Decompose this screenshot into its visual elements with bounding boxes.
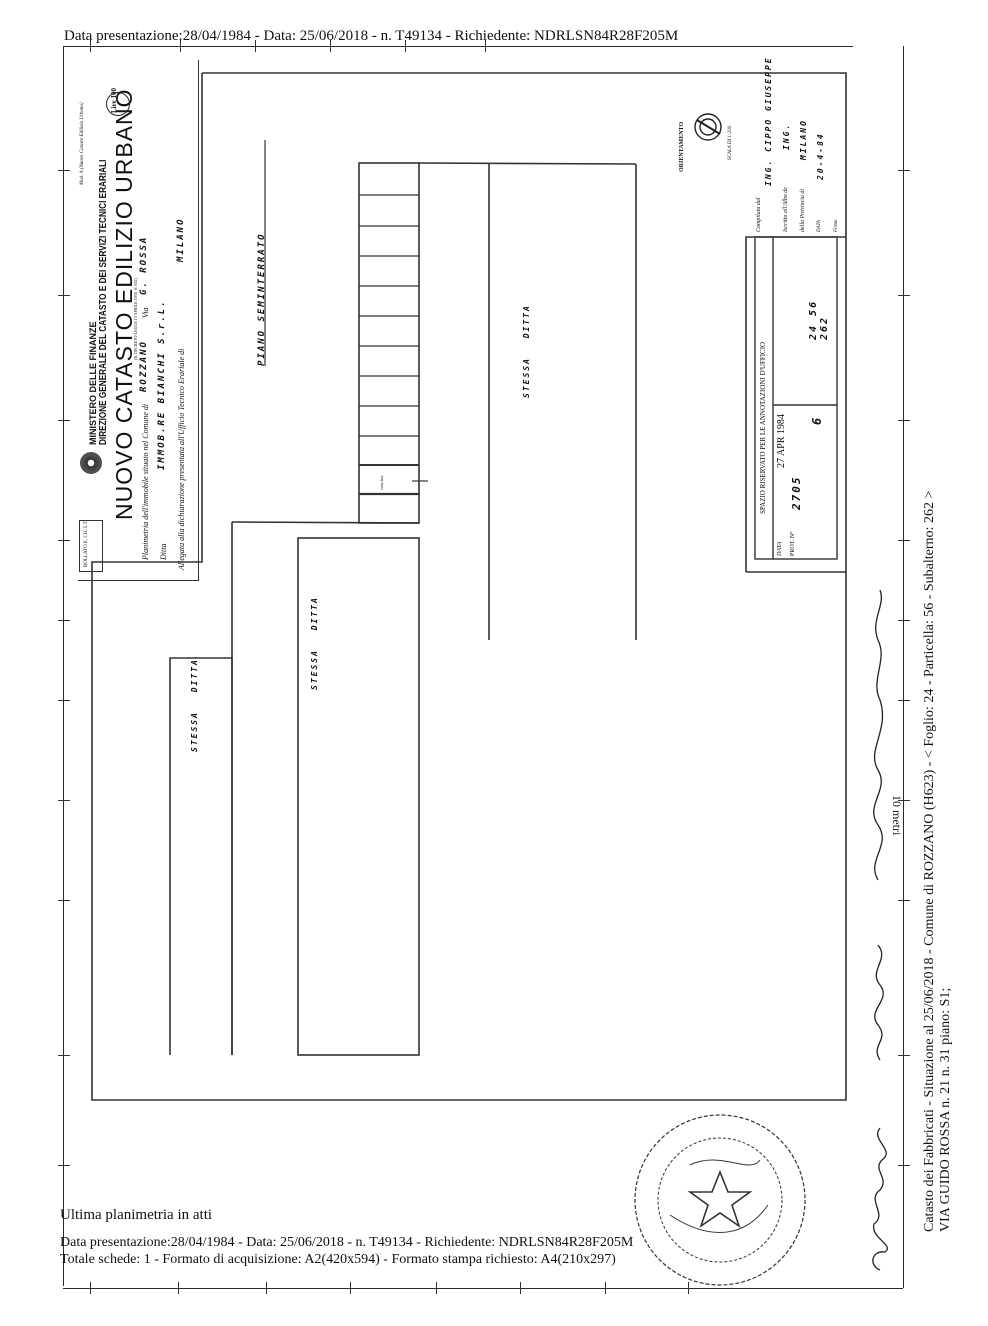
office-note-b: 24 56 262 [808,290,830,340]
footer-line1: Data presentazione:28/04/1984 - Data: 25… [60,1235,633,1251]
small-room-label: vano box [379,470,384,490]
orientation-label: ORIENTAMENTO [679,122,685,172]
room-label-2: STESSA DITTA [310,596,319,690]
compiled-value: ING. CIPPO GIUSEPPE [764,56,773,186]
compiled-label: Compilata dal [756,197,762,232]
room-label-3: STESSA DITTA [190,658,199,752]
scale-label: SCALA DI 1:200 [728,126,733,160]
office-prot-value: 2705 [790,476,803,511]
office-box-title: SPAZIO RISERVATO PER LE ANNOTAZIONI D'UF… [759,342,767,514]
last-plan-label: Ultima planimetria in atti [60,1207,212,1224]
provincia-label: della Provincia di [800,189,806,232]
office-date-stamp: 27 APR 1984 [776,414,787,468]
albo-value: ING. [782,123,791,150]
office-data-label: DATA [777,542,783,556]
side-info-line2: VIA GUIDO ROSSA n. 21 n. 31 piano: S1; [938,988,954,1232]
firma-label: Firma [834,220,839,233]
provincia-value: MILANO [799,119,808,160]
office-note-a: 6 [810,416,824,425]
office-prot-label: PROT. N° [790,531,796,556]
footer-line2: Totale schede: 1 - Formato di acquisizio… [60,1252,616,1268]
compiler-data-label: DATA [817,220,822,232]
room-label-1: STESSA DITTA [522,304,531,398]
albo-label: Iscritto all'Albo de [783,187,789,232]
compass-icon [695,114,721,140]
floor-label: PIANO SEMINTERRATO [257,232,267,366]
scale-marker: 10 metri [889,795,904,835]
compiler-data-value: 20-4-84 [816,132,825,180]
